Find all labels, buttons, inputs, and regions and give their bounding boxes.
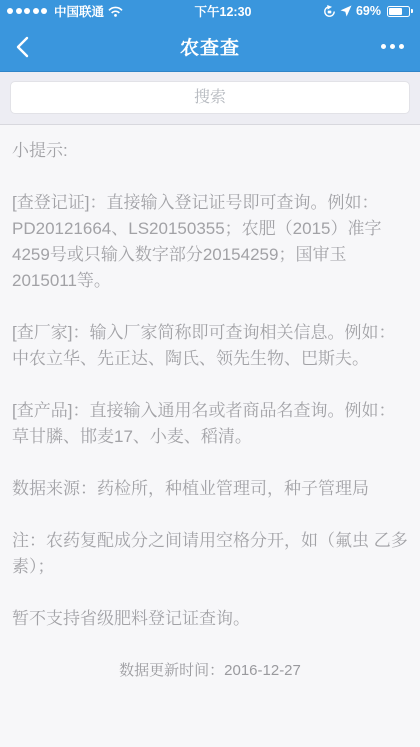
status-time: 下午12:30 — [123, 2, 323, 20]
rotation-lock-icon — [323, 5, 336, 18]
status-bar: 中国联通 下午12:30 69% — [0, 0, 420, 22]
tip-paragraph-fertilizer: 暂不支持省级肥料登记证查询。 — [12, 606, 408, 632]
more-options-button[interactable] — [379, 36, 406, 57]
page-title: 农查查 — [0, 33, 420, 60]
data-update-time: 数据更新时间：2016-12-27 — [12, 658, 408, 684]
tip-paragraph-data-source: 数据来源：药检所，种植业管理司，种子管理局 — [12, 476, 408, 502]
chevron-left-icon — [16, 36, 29, 58]
ellipsis-icon — [381, 44, 386, 49]
location-icon — [340, 5, 352, 17]
nav-bar: 农查查 — [0, 22, 420, 72]
tips-body: 小提示: [查登记证]：直接输入登记证号即可查询。例如：PD20121664、L… — [0, 125, 420, 684]
battery-icon — [387, 6, 413, 17]
signal-strength-icon — [7, 8, 47, 14]
back-button[interactable] — [10, 30, 35, 64]
tip-paragraph-registration: [查登记证]：直接输入登记证号即可查询。例如：PD20121664、LS2015… — [12, 190, 408, 294]
wifi-icon — [108, 6, 123, 17]
tip-paragraph-product: [查产品]：直接输入通用名或者商品名查询。例如：草甘膦、邯麦17、小麦、稻清。 — [12, 398, 408, 450]
tips-heading: 小提示: — [12, 138, 408, 164]
tip-paragraph-note: 注：农药复配成分之间请用空格分开，如（氟虫 乙多素）； — [12, 528, 408, 580]
tip-paragraph-manufacturer: [查厂家]：输入厂家简称即可查询相关信息。例如：中农立华、先正达、陶氏、领先生物… — [12, 320, 408, 372]
update-time-value: 2016-12-27 — [224, 662, 301, 679]
search-section — [0, 72, 420, 125]
search-input[interactable] — [10, 81, 410, 114]
battery-percent-label: 69% — [356, 4, 381, 18]
carrier-label: 中国联通 — [54, 2, 104, 20]
update-time-label: 数据更新时间： — [119, 662, 224, 679]
